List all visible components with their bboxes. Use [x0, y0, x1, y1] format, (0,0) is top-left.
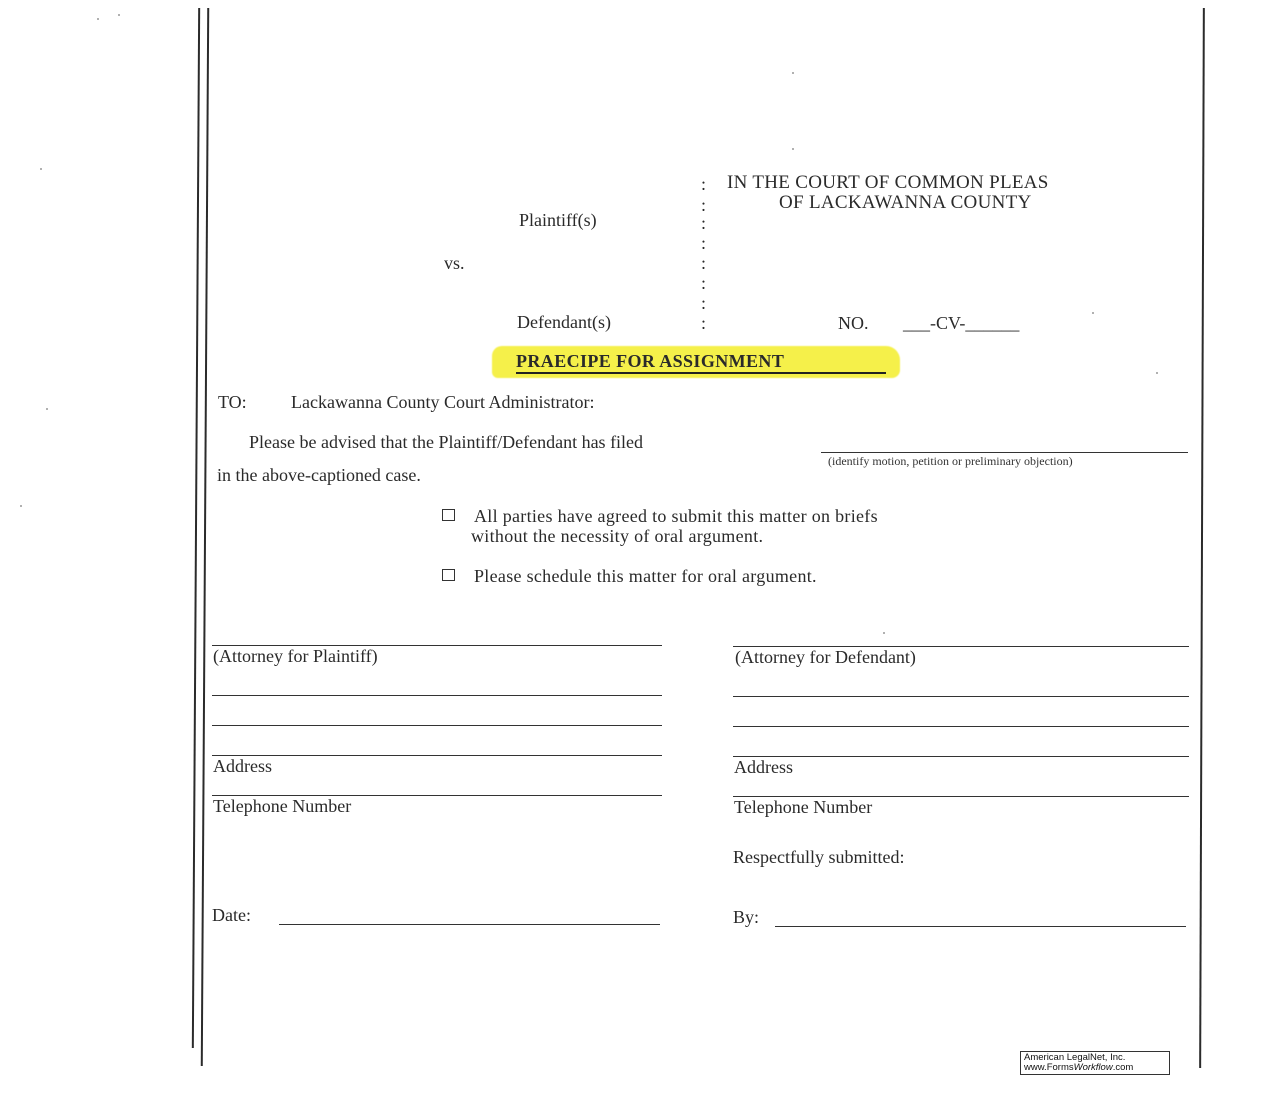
advised-text: Please be advised that the Plaintiff/Def… — [249, 432, 643, 453]
defendant-address-label: Address — [734, 757, 793, 778]
court-name-line1: IN THE COURT OF COMMON PLEAS — [727, 172, 1049, 194]
caption-colon-6: : — [701, 273, 706, 294]
defendant-label: Defendant(s) — [517, 312, 611, 333]
by-label: By: — [733, 907, 759, 928]
plaintiff-address-line-1[interactable] — [212, 695, 662, 696]
case-number-label: NO. — [838, 313, 869, 334]
court-name-line2: OF LACKAWANNA COUNTY — [779, 192, 1032, 214]
by-signature-field[interactable] — [775, 926, 1186, 927]
option-briefs-line2: without the necessity of oral argument. — [471, 526, 763, 547]
option-briefs-checkbox[interactable] — [442, 509, 455, 521]
caption-colon-4: : — [701, 233, 706, 254]
case-text: in the above-captioned case. — [217, 465, 421, 486]
plaintiff-attorney-label: (Attorney for Plaintiff) — [213, 646, 378, 667]
date-field[interactable] — [279, 924, 660, 925]
left-border-outer — [192, 8, 200, 1048]
defendant-telephone-label: Telephone Number — [734, 797, 872, 818]
to-value: Lackawanna County Court Administrator: — [291, 392, 594, 413]
option-oral-argument-checkbox[interactable] — [442, 569, 455, 581]
caption-colon-8: : — [701, 313, 706, 334]
caption-colon-3: : — [701, 213, 706, 234]
defendant-address-line-2[interactable] — [733, 726, 1189, 727]
option-briefs-line1: All parties have agreed to submit this m… — [474, 506, 878, 527]
title-underline — [516, 372, 886, 374]
defendant-attorney-label: (Attorney for Defendant) — [735, 647, 916, 668]
caption-colon-1: : — [701, 174, 706, 195]
right-border — [1199, 8, 1204, 1068]
option-oral-argument-label: Please schedule this matter for oral arg… — [474, 566, 817, 587]
publisher-badge: American LegalNet, Inc. www.FormsWorkflo… — [1020, 1051, 1170, 1075]
filed-item-hint: (identify motion, petition or preliminar… — [828, 454, 1073, 469]
caption-colon-5: : — [701, 253, 706, 274]
plaintiff-address-line-3[interactable] — [212, 755, 662, 756]
page-title: PRAECIPE FOR ASSIGNMENT — [516, 351, 784, 372]
defendant-address-line-3[interactable] — [733, 756, 1189, 757]
caption-colon-7: : — [701, 293, 706, 314]
to-label: TO: — [218, 392, 247, 413]
filed-item-field[interactable] — [821, 434, 1188, 453]
date-label: Date: — [212, 905, 251, 926]
case-number-field[interactable]: ___-CV-______ — [903, 313, 1019, 334]
publisher-url: www.FormsWorkflow.com — [1024, 1063, 1169, 1073]
defendant-address-line-1[interactable] — [733, 696, 1189, 697]
left-border-inner — [201, 8, 209, 1066]
plaintiff-telephone-label: Telephone Number — [213, 796, 351, 817]
plaintiff-address-line-2[interactable] — [212, 725, 662, 726]
plaintiff-label: Plaintiff(s) — [519, 210, 597, 231]
respectfully-submitted-label: Respectfully submitted: — [733, 847, 904, 868]
versus-label: vs. — [444, 253, 465, 274]
plaintiff-address-label: Address — [213, 756, 272, 777]
